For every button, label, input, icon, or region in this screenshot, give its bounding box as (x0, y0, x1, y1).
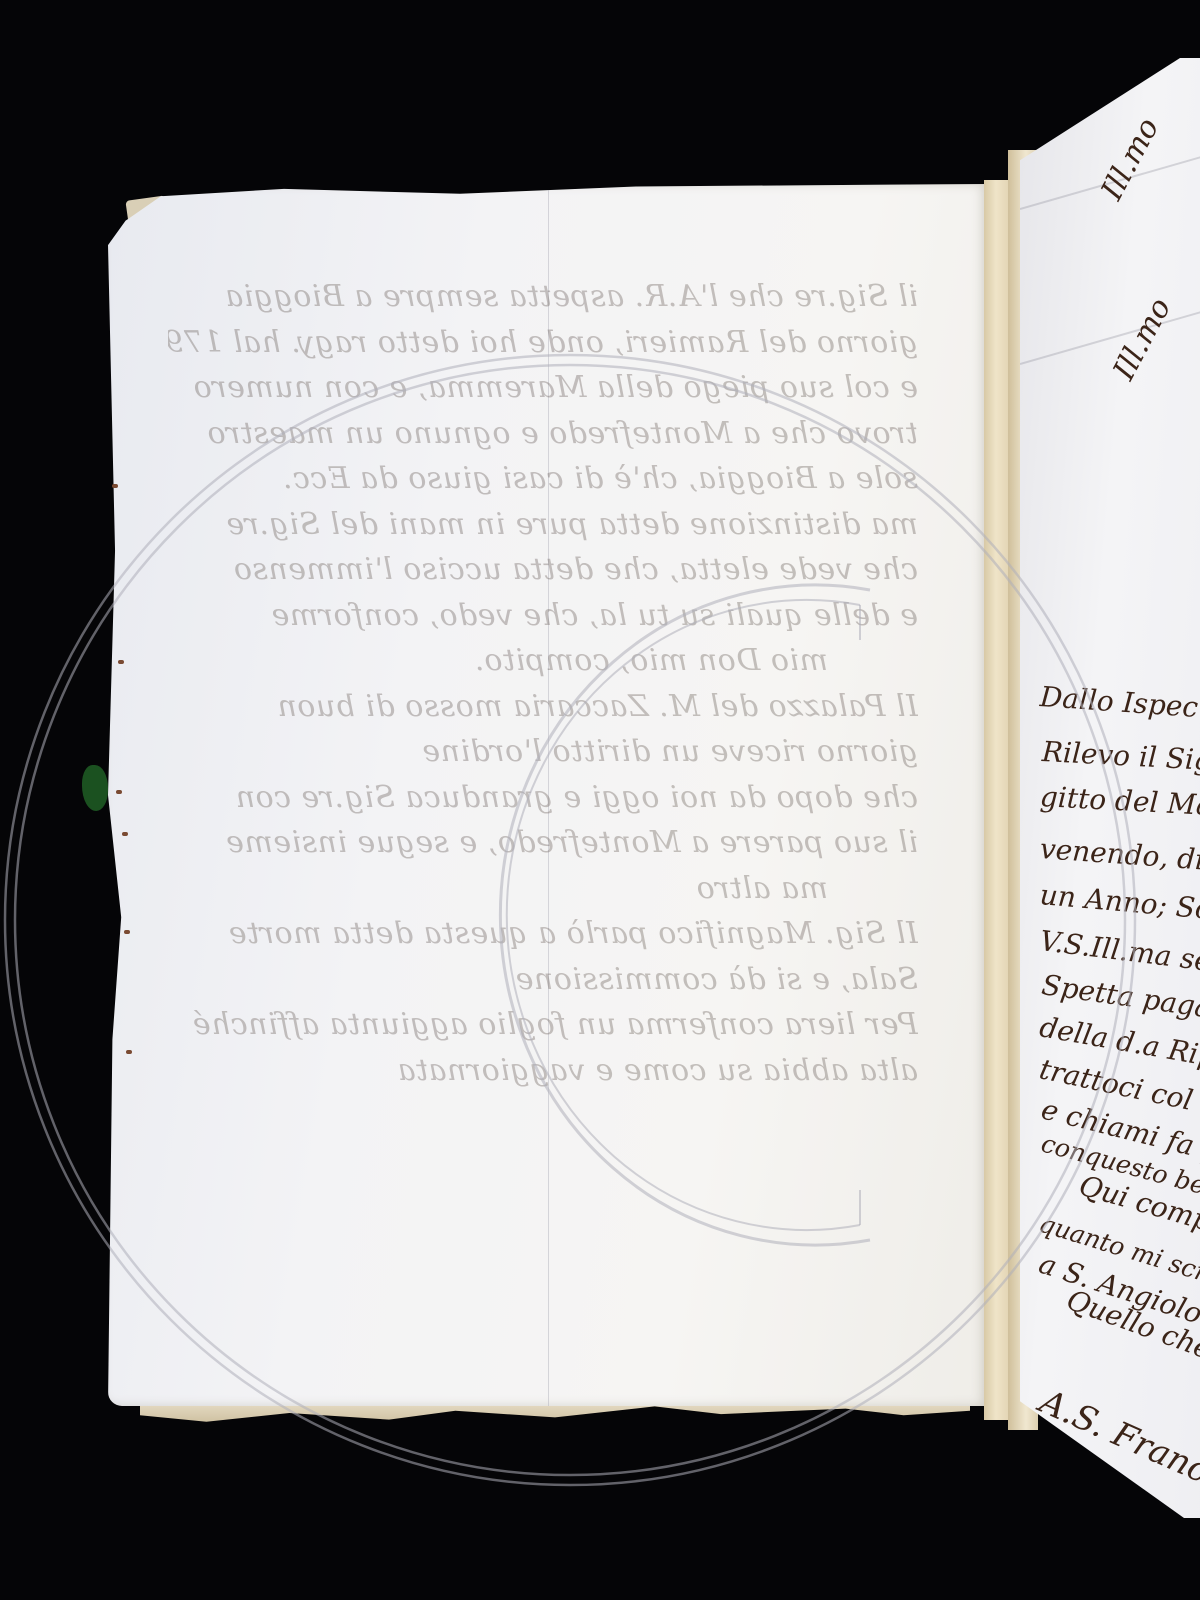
bleed-line: Il Palazzo del M. Zaccaria mosso di buon (168, 684, 918, 730)
bleed-line: ma distinzione detta pure in mani del Si… (168, 502, 918, 548)
bleed-line: ma altro (168, 866, 918, 912)
bleed-line: alta abbia su come e vaggiornata (168, 1048, 918, 1094)
bleed-line: sole a Bioggia, ch'è di casi giuso da Ec… (168, 456, 918, 502)
bleed-line: Il Sig. Magnifico parlò a questa detta m… (168, 911, 918, 957)
ink-mark (112, 484, 118, 488)
bleed-through-text: il Sig.re che l'A.R. aspetta sempre a Bi… (168, 274, 918, 1093)
bleed-line: Sala, e si dà commissione (168, 957, 918, 1003)
ink-mark (124, 930, 130, 934)
bleed-line: e delle quali su tu la, che vedo, confor… (168, 593, 918, 639)
bleed-line: Per liera conferma un foglio aggiunta af… (168, 1002, 918, 1048)
ink-mark (126, 1050, 132, 1054)
bleed-line: il suo parere a Montefredo, e segue insi… (168, 820, 918, 866)
ink-mark (116, 790, 122, 794)
green-stain (82, 765, 108, 811)
ink-mark (118, 660, 124, 664)
bleed-line: che vede eletta, che detta ucciso l'imme… (168, 547, 918, 593)
bleed-line: mio Don mio, compito. (168, 638, 918, 684)
bleed-line: e col suo piego della Maremma, e con num… (168, 365, 918, 411)
bleed-line: giorno del Ramieri, onde hoi detto ragy.… (168, 320, 918, 366)
bleed-line: giorno riceve un diritto l'ordine (168, 729, 918, 775)
bleed-line: il Sig.re che l'A.R. aspetta sempre a Bi… (168, 274, 918, 320)
manuscript-photo: il Sig.re che l'A.R. aspetta sempre a Bi… (0, 0, 1200, 1600)
ink-mark (122, 832, 128, 836)
bleed-line: che dopo da noi oggi e granduca Sig.re c… (168, 775, 918, 821)
bleed-line: trovo che a Montefredo e ognuno un maest… (168, 411, 918, 457)
left-page: il Sig.re che l'A.R. aspetta sempre a Bi… (108, 184, 988, 1406)
